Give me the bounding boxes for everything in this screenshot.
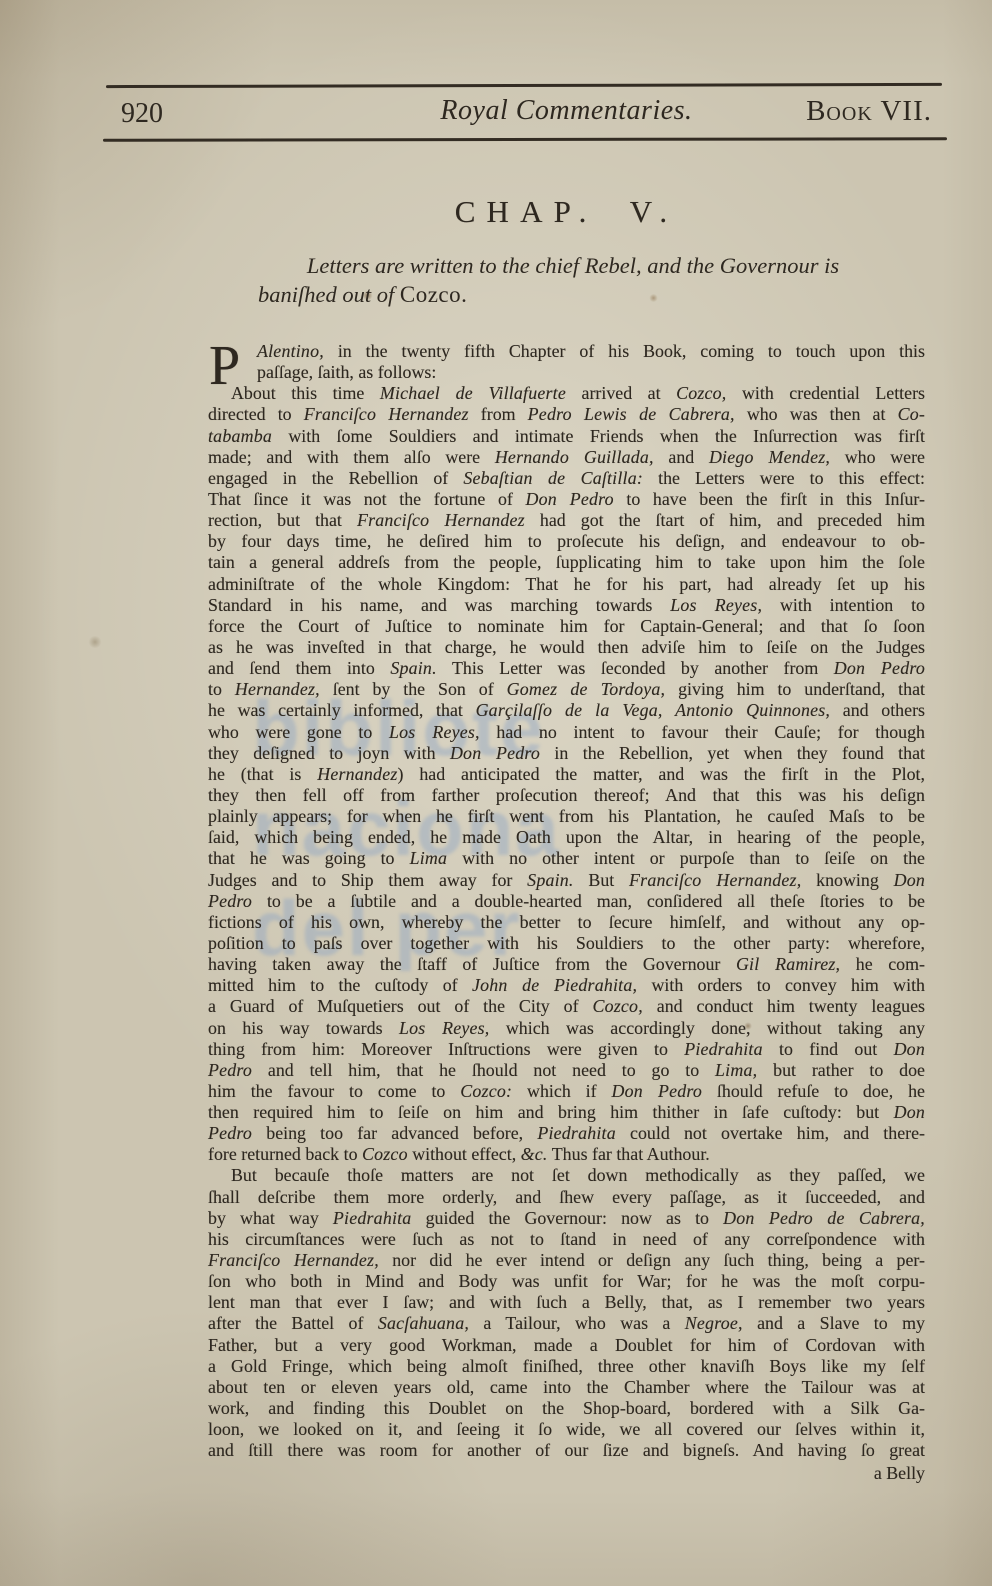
text-line: about ten or eleven years old, came into… <box>208 1377 925 1398</box>
text-line: Pedro and tell him, that he ſhould not n… <box>208 1060 925 1081</box>
text-line: ſhall deſcribe them more orderly, and ſh… <box>208 1187 925 1208</box>
text-line: he (that is Hernandez) had anticipated t… <box>208 764 925 785</box>
text-line: Father, but a very good Workman, made a … <box>208 1335 925 1356</box>
text-line: rection, but that Franciſco Hernandez ha… <box>208 510 925 531</box>
text-line: directed to Franciſco Hernandez from Ped… <box>208 404 925 425</box>
text-line: tain a general addreſs from the people, … <box>208 552 925 573</box>
text-line: who were gone to Los Reyes, had no inten… <box>208 722 925 743</box>
text-line: and ſtill there was room for another of … <box>208 1440 925 1461</box>
paragraph: PAlentino, in the twenty fifth Chapter o… <box>208 341 925 383</box>
text-line: work, and finding this Doublet on the Sh… <box>208 1398 925 1419</box>
text-line: Standard in his name, and was marching t… <box>208 595 925 616</box>
text-line: after the Battel of Sacſahuana, a Tailou… <box>208 1313 925 1334</box>
header-bottom-rule <box>103 137 947 141</box>
text-line: mitted him to the cuſtody of John de Pie… <box>208 975 925 996</box>
text-line: his circumſtances were ſuch as not to ſt… <box>208 1229 925 1250</box>
text-line: fictions of his own, whereby the better … <box>208 912 925 933</box>
chapter-heading: CHAP. V. <box>208 194 925 230</box>
text-line: a Guard of Muſquetiers out of the City o… <box>208 996 925 1017</box>
text-line: by four days time, he deſired him to pro… <box>208 531 925 552</box>
text-line: made; and with them alſo were Hernando G… <box>208 447 925 468</box>
text-line: fore returned back to Cozco without effe… <box>208 1144 925 1165</box>
text-line: paſſage, ſaith, as follows: <box>208 362 925 383</box>
text-line: as he was inveſted in that charge, he wo… <box>208 637 925 658</box>
text-line: Franciſco Hernandez, nor did he ever int… <box>208 1250 925 1271</box>
text-line: plainly appears; for when he firſt went … <box>208 806 925 827</box>
text-line: and ſend them into Spain. This Letter wa… <box>208 658 925 679</box>
text-line: But becauſe thoſe matters are not ſet do… <box>208 1165 925 1186</box>
text-line: Pedro to be a ſubtile and a double-heart… <box>208 891 925 912</box>
text-line: they deſigned to joyn with Don Pedro in … <box>208 743 925 764</box>
text-line: Alentino, in the twenty fifth Chapter of… <box>208 341 925 362</box>
text-line: to Hernandez, ſent by the Son of Gomez d… <box>208 679 925 700</box>
text-line: About this time Michael de Villafuerte a… <box>208 383 925 404</box>
page-number: 920 <box>121 98 163 130</box>
ink-stain <box>88 636 102 648</box>
paragraph: But becauſe thoſe matters are not ſet do… <box>208 1165 925 1461</box>
text-line: by what way Piedrahita guided the Govern… <box>208 1208 925 1229</box>
subtitle-line: Letters are written to the chief Rebel, … <box>208 251 938 280</box>
text-line: that he was going to Lima with no other … <box>208 848 925 869</box>
text-line: a Gold Fringe, which being almoſt finiſh… <box>208 1356 925 1377</box>
text-line: adminiſtrate of the whole Kingdom: That … <box>208 574 925 595</box>
text-line: they then fell off from farther proſecut… <box>208 785 925 806</box>
text-line: Pedro being too far advanced before, Pie… <box>208 1123 925 1144</box>
text-line: then required him to ſeiſe on him and br… <box>208 1102 925 1123</box>
text-line: Judges and to Ship them away for Spain. … <box>208 870 925 891</box>
text-line: ſaid, which being ended, he made Oath up… <box>208 827 925 848</box>
book-label: Book VII. <box>690 95 932 128</box>
chapter-subtitle: Letters are written to the chief Rebel, … <box>208 251 938 309</box>
subtitle-line: baniſhed out of Cozco. <box>208 280 938 309</box>
header-top-rule <box>106 83 942 88</box>
text-line: poſition to paſs over together with his … <box>208 933 925 954</box>
catchword: a Belly <box>208 1462 925 1484</box>
text-line: him the favour to come to Cozco: which i… <box>208 1081 925 1102</box>
text-line: force the Court of Juſtice to nominate h… <box>208 616 925 637</box>
text-line: loon, we looked on it, and ſeeing it ſo … <box>208 1419 925 1440</box>
text-line: ſon who both in Mind and Body was unfit … <box>208 1271 925 1292</box>
body-text: PAlentino, in the twenty fifth Chapter o… <box>208 341 925 1484</box>
text-line: thing from him: Moreover Inſtructions we… <box>208 1039 925 1060</box>
text-line: he was certainly informed, that Garçilaſ… <box>208 700 925 721</box>
text-line: on his way towards Los Reyes, which was … <box>208 1018 925 1039</box>
text-line: lent man that ever I ſaw; and with ſuch … <box>208 1292 925 1313</box>
book-page-scan: bibliotenacionadel per 920 Royal Comment… <box>0 0 992 1586</box>
paragraph: About this time Michael de Villafuerte a… <box>208 383 925 1165</box>
text-line: engaged in the Rebellion of Sebaſtian de… <box>208 468 925 489</box>
text-line: tabamba with ſome Souldiers and intimate… <box>208 426 925 447</box>
text-line: That ſince it was not the fortune of Don… <box>208 489 925 510</box>
text-line: having taken away the ſtaff of Juſtice f… <box>208 954 925 975</box>
